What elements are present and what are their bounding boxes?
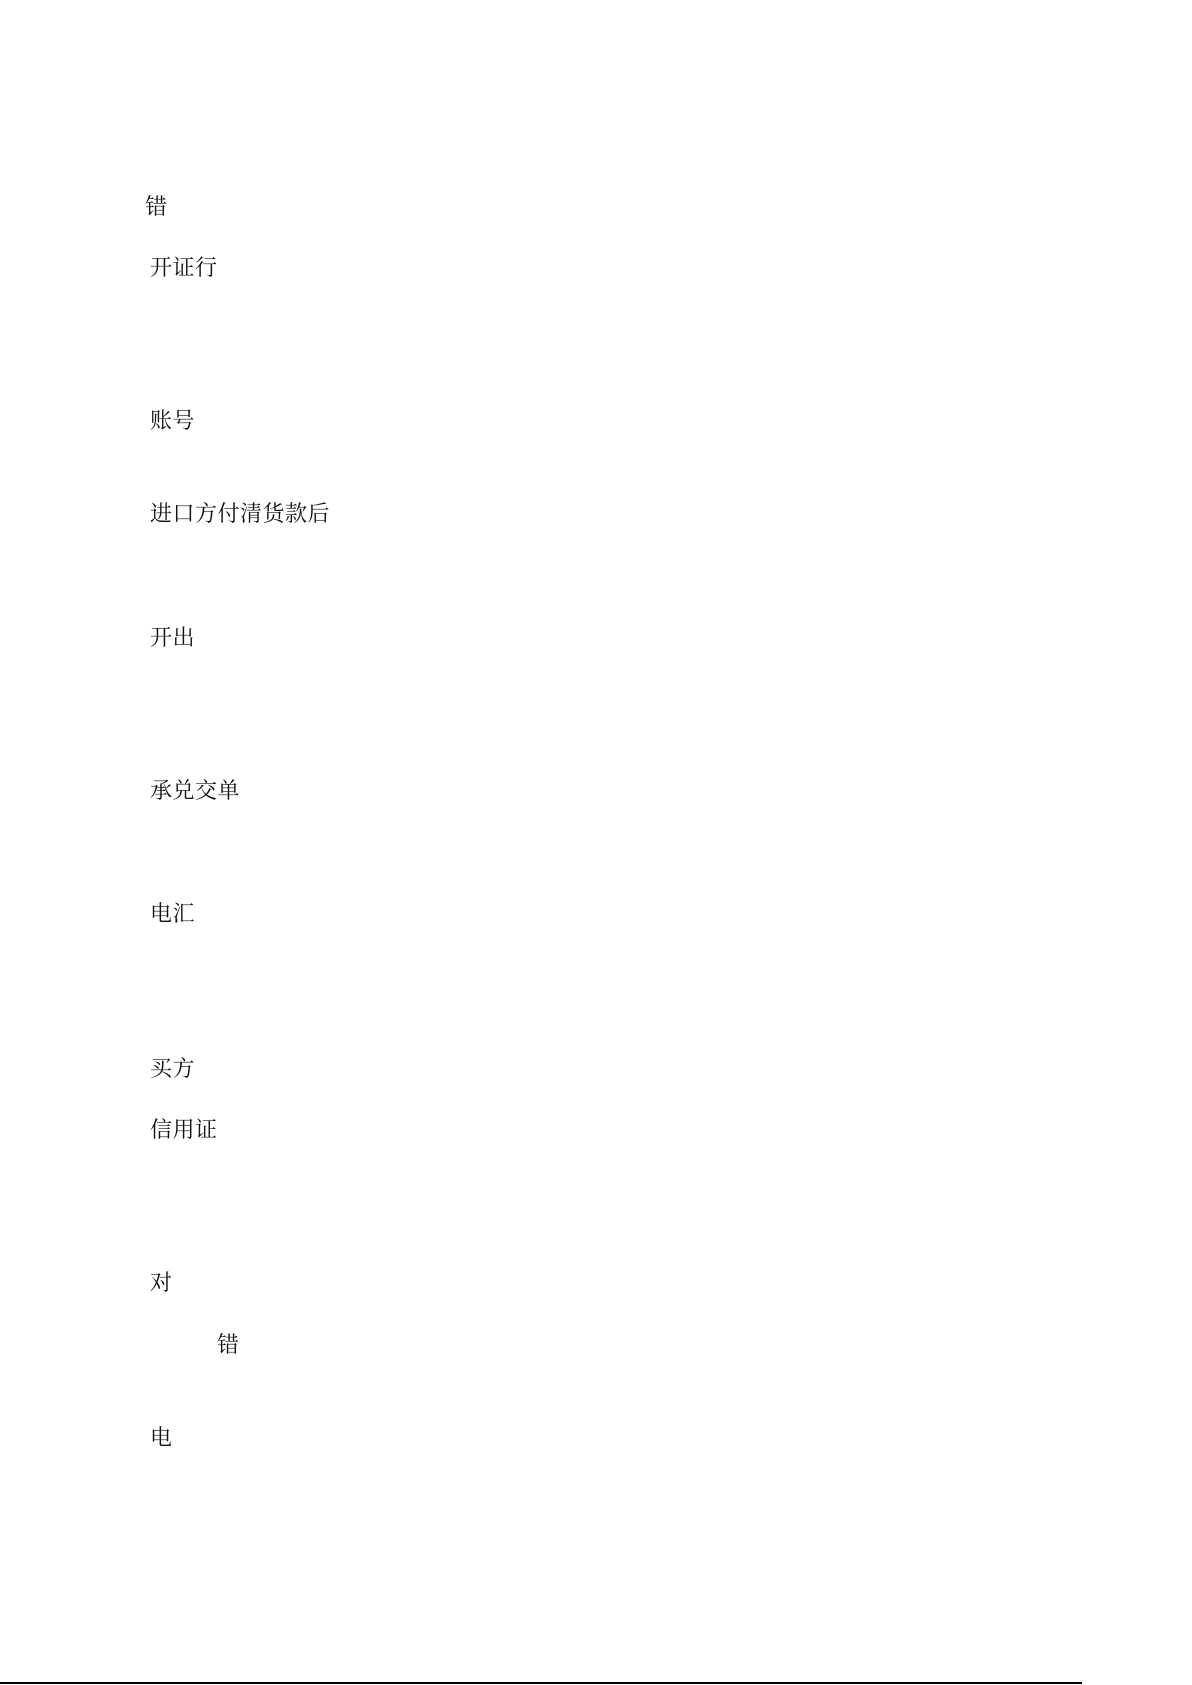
footer-divider: [0, 1682, 1082, 1684]
answer-after-importer-payment: 进口方付清货款后: [150, 502, 330, 528]
answer-judgment-wrong-1: 错: [145, 195, 168, 221]
document-page: 错 开证行 账号 进口方付清货款后 开出 承兑交单 电汇 买方 信用证 对 错 …: [0, 0, 1192, 1685]
answer-issue: 开出: [150, 626, 195, 652]
answer-judgment-wrong-2: 错: [217, 1333, 240, 1359]
answer-telegraphic-transfer: 电汇: [150, 902, 195, 928]
answer-judgment-right: 对: [150, 1271, 173, 1297]
answer-issuing-bank: 开证行: [150, 256, 218, 282]
answer-electric: 电: [150, 1426, 173, 1452]
answer-letter-of-credit: 信用证: [150, 1118, 218, 1144]
answer-documents-against-acceptance: 承兑交单: [150, 779, 240, 805]
answer-account-number: 账号: [150, 409, 195, 435]
answer-buyer: 买方: [150, 1057, 195, 1083]
